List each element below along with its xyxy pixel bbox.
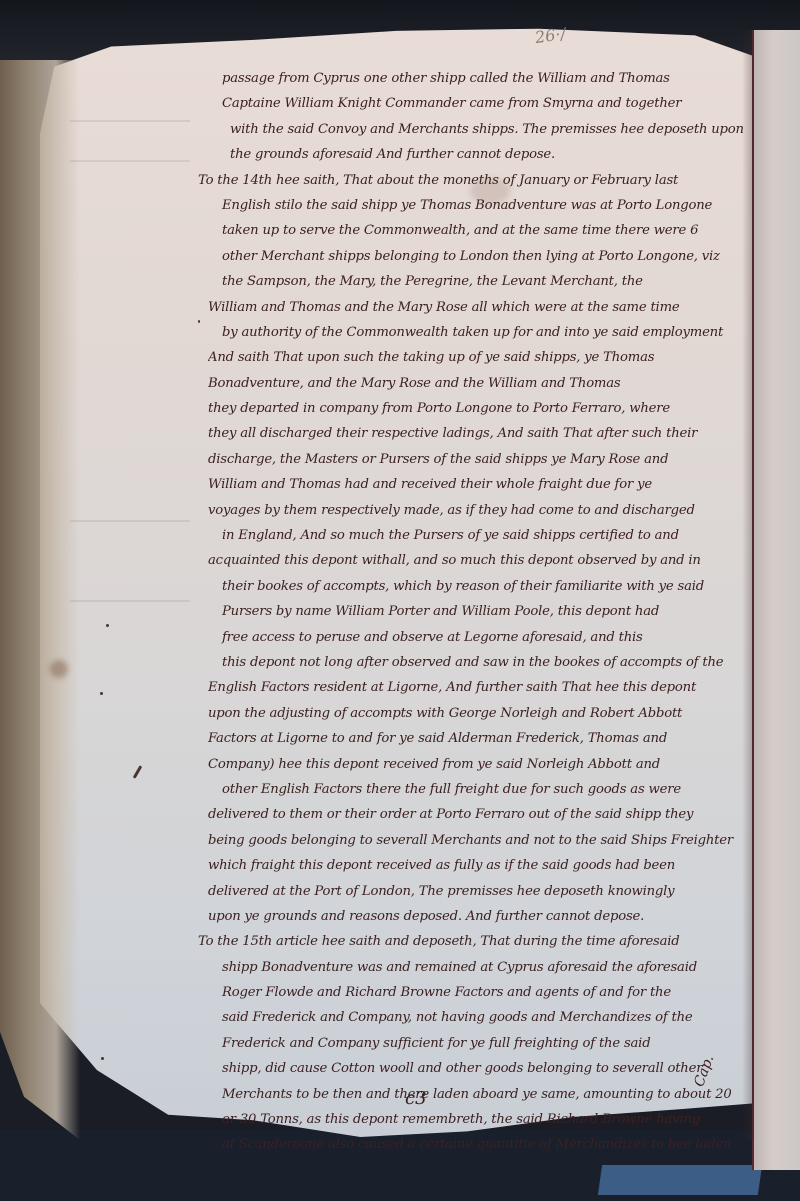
text-line: acquainted this depont withall, and so m…: [208, 548, 756, 573]
text-line: delivered to them or their order at Port…: [208, 802, 756, 827]
text-line: William and Thomas and the Mary Rose all…: [208, 295, 756, 320]
manuscript-text: passage from Cyprus one other shipp call…: [208, 66, 756, 1158]
text-line: they departed in company from Porto Long…: [208, 396, 756, 421]
text-line: Bonadventure, and the Mary Rose and the …: [208, 371, 756, 396]
text-line: passage from Cyprus one other shipp call…: [208, 66, 756, 91]
text-line: Captaine William Knight Commander came f…: [208, 91, 756, 116]
text-line: To the 14th hee saith, That about the mo…: [198, 168, 756, 193]
text-line: by authority of the Commonwealth taken u…: [208, 320, 756, 345]
facing-page-edge: [752, 30, 800, 1170]
manuscript-spread: 26·/ passage from Cyprus one other shipp…: [0, 0, 800, 1201]
text-line: being goods belonging to severall Mercha…: [208, 828, 756, 853]
spot: [106, 624, 109, 627]
text-line: Frederick and Company sufficient for ye …: [208, 1031, 756, 1056]
text-line: discharge, the Masters or Pursers of the…: [208, 447, 756, 472]
bleed-through: [70, 120, 190, 122]
text-line: Merchants to be then and there laden abo…: [208, 1082, 756, 1107]
bleed-through: [70, 160, 190, 162]
text-line: other English Factors there the full fre…: [208, 777, 756, 802]
worn-left-edge: [0, 60, 80, 1140]
text-line: And saith That upon such the taking up o…: [208, 345, 756, 370]
text-line: their bookes of accompts, which by reaso…: [208, 574, 756, 599]
edge-stain: [50, 660, 68, 678]
text-line: delivered at the Port of London, The pre…: [208, 879, 756, 904]
text-line: Pursers by name William Porter and Willi…: [208, 599, 756, 624]
text-line: which fraight this depont received as fu…: [208, 853, 756, 878]
end-flourish: c3: [405, 1088, 427, 1109]
text-line: at Scanderoone also caused a certaine qu…: [208, 1132, 756, 1157]
text-line: said Frederick and Company, not having g…: [208, 1005, 756, 1030]
text-line: upon the adjusting of accompts with Geor…: [208, 701, 756, 726]
text-line: the Sampson, the Mary, the Peregrine, th…: [208, 269, 756, 294]
text-line: English Factors resident at Ligorne, And…: [208, 675, 756, 700]
spot: [101, 1057, 104, 1060]
text-line: this depont not long after observed and …: [208, 650, 756, 675]
text-line: shipp Bonadventure was and remained at C…: [208, 955, 756, 980]
text-line: they all discharged their respective lad…: [208, 421, 756, 446]
bleed-through: [70, 600, 190, 602]
text-line: Company) hee this depont received from y…: [208, 752, 756, 777]
spot: [100, 692, 103, 695]
bleed-through: [70, 520, 190, 522]
text-line: To the 15th article hee saith and depose…: [198, 929, 756, 954]
text-line: taken up to serve the Commonwealth, and …: [208, 218, 756, 243]
text-line: in England, And so much the Pursers of y…: [208, 523, 756, 548]
text-line: Factors at Ligorne to and for ye said Al…: [208, 726, 756, 751]
text-line: with the said Convoy and Merchants shipp…: [208, 117, 756, 142]
text-line: English stilo the said shipp ye Thomas B…: [208, 193, 756, 218]
text-line: the grounds aforesaid And further cannot…: [208, 142, 756, 167]
text-line: Roger Flowde and Richard Browne Factors …: [208, 980, 756, 1005]
text-line: voyages by them respectively made, as if…: [208, 498, 756, 523]
spot: [198, 320, 200, 323]
text-line: upon ye grounds and reasons deposed. And…: [208, 904, 756, 929]
text-line: William and Thomas had and received thei…: [208, 472, 756, 497]
text-line: shipp, did cause Cotton wooll and other …: [208, 1056, 756, 1081]
text-line: free access to peruse and observe at Leg…: [208, 625, 756, 650]
text-line: or 30 Tonns, as this depont remembreth, …: [208, 1107, 756, 1132]
text-line: other Merchant shipps belonging to Londo…: [208, 244, 756, 269]
